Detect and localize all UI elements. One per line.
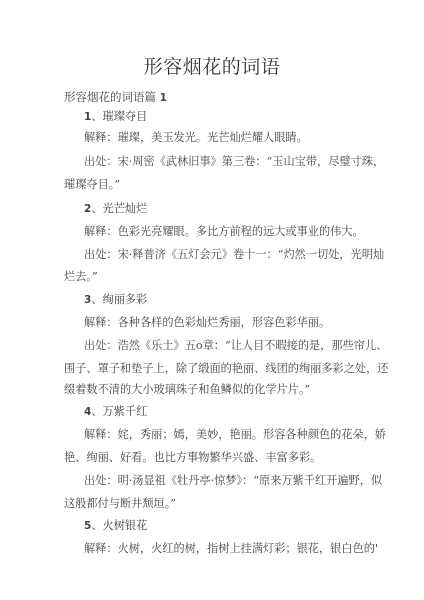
document-page: 形容烟花的词语 形容烟花的词语篇 1 1、璀璨夺目 解释：璀璨，美玉发光。光芒灿… [0,0,424,600]
entry-explanation: 解释：姹，秀丽；嫣，美妙，艳丽。形容各种颜色的花朵，娇 [84,428,360,442]
entry-heading: 1、璀璨夺目 [84,110,360,124]
entry-heading: 5、火树银花 [84,519,360,533]
entry-term: 、璀璨夺目 [91,110,147,123]
entry-source: 出处：宋·释普济《五灯会元》卷十一：“灼然一切处，光明灿 [84,248,360,262]
entry-source: 出处：宋·周密《武林旧事》第三卷：“玉山宝带，尽璧寸珠， [84,155,360,169]
entry-source: 出处：浩然《乐土》五o章：“让人目不暇接的是，那些帘儿、 [84,339,360,353]
entry-heading: 3、绚丽多彩 [84,293,360,307]
entry-heading: 2、光芒灿烂 [84,202,360,216]
entry-explanation-continued: 艳、绚丽、好看。也比方事物繁华兴盛、丰富多彩。 [64,451,360,465]
entry-term: 、万紫千红 [91,405,147,418]
entry-explanation: 解释：各种各样的色彩灿烂秀丽，形容色彩华丽。 [84,316,360,330]
entry-term: 、绚丽多彩 [91,293,147,306]
entry-source-continued: 围子、罩子和垫子上，除了缎面的艳丽、线团的绚丽多彩之处，还 [64,362,360,376]
entry-explanation: 解释：璀璨，美玉发光。光芒灿烂耀人眼睛。 [84,131,360,145]
entry-term: 、光芒灿烂 [91,202,147,215]
entry-source-continued: 烂去。” [64,270,360,284]
section-title: 形容烟花的词语篇 1 [64,90,360,105]
entry-source-continued: 璀璨夺目。” [64,178,360,192]
entry-explanation: 解释：火树，火红的树，指树上挂满灯彩；银花，银白色的' [84,542,360,556]
document-title: 形容烟花的词语 [0,52,424,79]
entry-explanation: 解释：色彩光亮耀眼。多比方前程的远大或事业的伟大。 [84,225,360,239]
entry-source-continued: 这般都付与断井颓垣。” [64,497,360,511]
entry-source: 出处：明·汤显祖《牡丹亭·惊梦》：“原来万紫千红开遍野，似 [84,474,360,488]
entry-heading: 4、万紫千红 [84,405,360,419]
section-title-number: 1 [160,92,167,104]
entry-term: 、火树银花 [91,519,147,532]
section-title-text: 形容烟花的词语篇 [64,90,156,104]
entry-source-continued: 缀着数不清的大小玻璃珠子和鱼鳞似的化学片片。” [64,383,360,397]
